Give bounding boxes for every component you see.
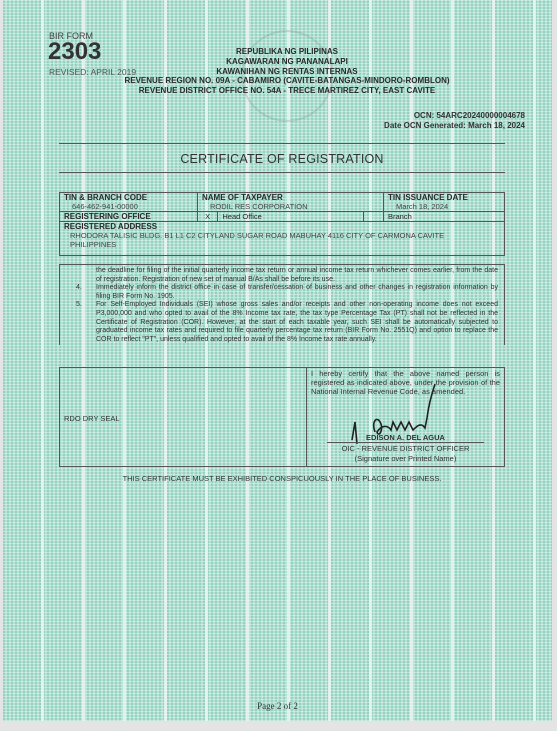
registered-address-line1: RHODORA TALISIC BLDG. B1 L1 C2 CITYLAND … [64,231,500,240]
taxpayer-name-value: RODIL RES CORPORATION [202,202,379,211]
registered-address-line2: PHILIPPINES [64,240,500,249]
signature-section: RDO DRY SEAL I hereby certify that the a… [59,367,505,467]
terms-item-text: Immediately inform the district office i… [96,284,498,301]
signature-line [327,442,484,443]
tin-cell: TIN & BRANCH CODE 646-462-941-00000 [60,193,198,212]
registering-office-cell: REGISTERING OFFICE [60,212,198,222]
registered-address-label: REGISTERED ADDRESS [64,222,157,231]
header-line: REVENUE REGION NO. 09A - CABAMIRO (CAVIT… [101,76,473,86]
form-number: 2303 [48,38,101,66]
header-line: REPUBLIKA NG PILIPINAS [101,47,473,57]
tin-value: 646-462-941-00000 [64,202,193,211]
terms-item-text: For Self-Employed Individuals (SEI) whos… [96,301,498,344]
exhibit-notice: THIS CERTIFICATE MUST BE EXHIBITED CONSP… [59,474,505,483]
issuance-date-cell: TIN ISSUANCE DATE March 18, 2024 [384,193,505,212]
certificate-title: CERTIFICATE OF REGISTRATION [59,143,505,173]
ocn-number: OCN: 54ARC20240000004678 [384,111,525,121]
header-line: KAGAWARAN NG PANANALAPI [101,57,473,67]
branch-label: Branch [384,212,505,222]
head-office-label: Head Office [218,212,363,222]
ocn-date: Date OCN Generated: March 18, 2024 [384,121,525,131]
head-office-checkbox: X [198,212,218,222]
header-line: KAWANIHAN NG RENTAS INTERNAS [101,67,473,77]
ocn-block: OCN: 54ARC20240000004678 Date OCN Genera… [384,111,525,131]
registered-address-cell: REGISTERED ADDRESS RHODORA TALISIC BLDG.… [60,222,505,256]
officer-title: OIC - REVENUE DISTRICT OFFICER [307,444,504,453]
tin-label: TIN & BRANCH CODE [64,193,147,202]
terms-item: 4. Immediately inform the district offic… [66,284,498,301]
registering-office-label: REGISTERING OFFICE [64,212,151,221]
taxpayer-name-cell: NAME OF TAXPAYER RODIL RES CORPORATION [198,193,384,212]
branch-checkbox [363,212,383,222]
issuance-date-label: TIN ISSUANCE DATE [388,193,468,202]
officer-subtitle: (Signature over Printed Name) [307,454,504,463]
officer-box: I hereby certify that the above named pe… [307,368,504,466]
taxpayer-info-table: TIN & BRANCH CODE 646-462-941-00000 NAME… [59,192,505,256]
header-line: REVENUE DISTRICT OFFICE NO. 54A - TRECE … [101,86,473,96]
terms-item-number: 4. [66,284,96,301]
document-page: BIR FORM 2303 REVISED: APRIL 2019 REPUBL… [3,0,552,721]
terms-item: 5. For Self-Employed Individuals (SEI) w… [66,301,498,344]
issuance-date-value: March 18, 2024 [388,202,500,211]
page-number: Page 2 of 2 [3,701,552,711]
terms-item-number: 5. [66,301,96,344]
government-header: REPUBLIKA NG PILIPINAS KAGAWARAN NG PANA… [101,47,473,96]
terms-continuation: the deadline for filing of the initial q… [66,267,498,284]
dry-seal-box: RDO DRY SEAL [60,368,307,466]
officer-name: EDISON A. DEL AGUA [307,433,504,442]
dry-seal-label: RDO DRY SEAL [64,414,120,423]
taxpayer-name-label: NAME OF TAXPAYER [202,193,283,202]
terms-section: the deadline for filing of the initial q… [59,264,505,345]
